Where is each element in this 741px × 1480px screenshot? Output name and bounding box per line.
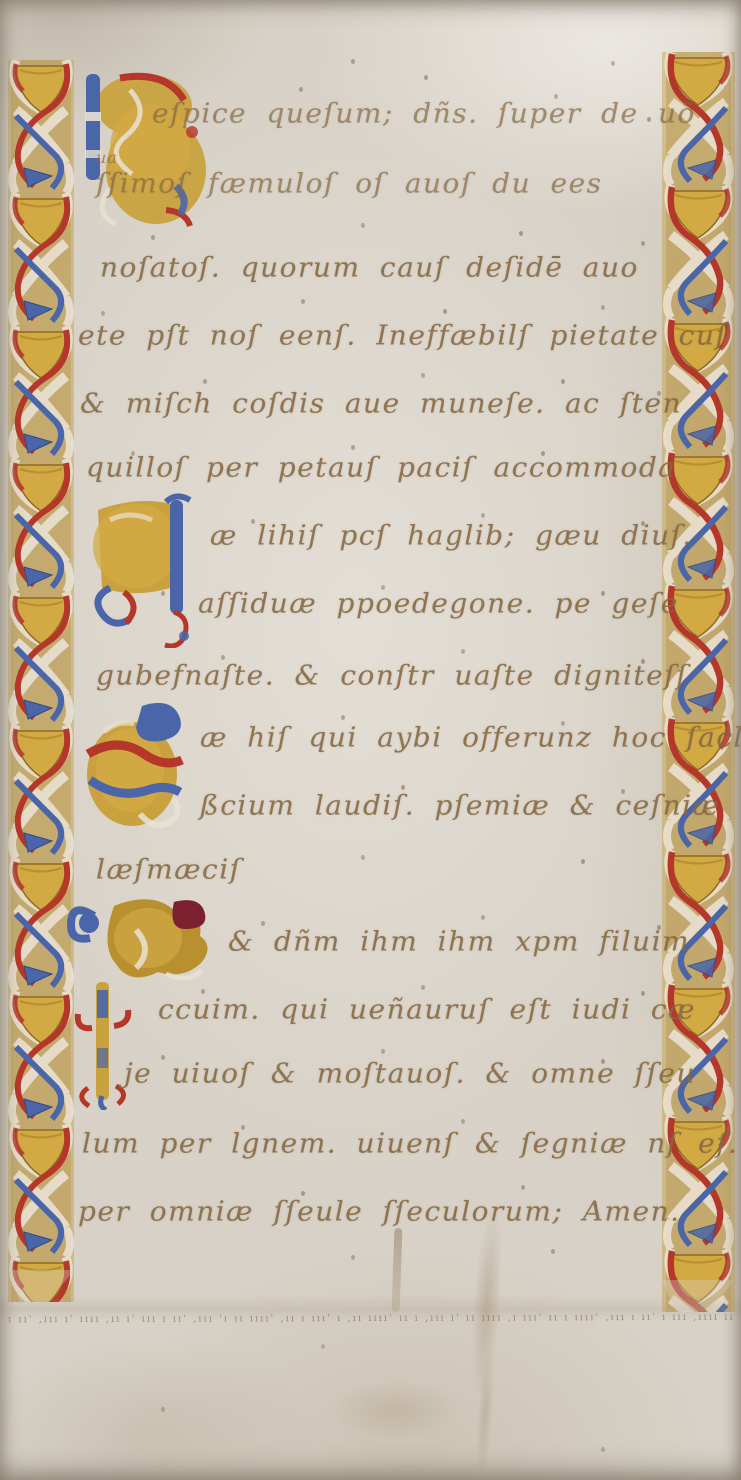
manuscript-text-line: lum per lgnem. uiuenſ & ſegniæ nſ eſ. bbox=[82, 1131, 738, 1158]
manuscript-text-line: & miſch coſdis aue muneſe. ac ſten bbox=[80, 391, 682, 418]
manuscript-text-line: gubefnaſte. & conſtr uaſte digniteſſ bbox=[96, 663, 688, 690]
show-through-text: ı ıı' ,ııı ı' ıııı ,ıı ı' ııı ı ıı' ,ııı… bbox=[8, 1312, 734, 1326]
manuscript-text-line: per omniæ ſſeule ſſeculorum; Amen. bbox=[78, 1199, 681, 1226]
manuscript-text-line: & dñm ihm ihm xpm filuim bbox=[228, 929, 690, 956]
manuscript-text-line: æ hiſ qui aybi offerunz hoc ſacl bbox=[200, 725, 741, 752]
manuscript-text-line: je uiuoſ & moſtauoſ. & omne ſſeu bbox=[124, 1061, 696, 1088]
manuscript-page: eſpice queſum; dñs. ſuper de uõ ua ſſimo… bbox=[0, 0, 741, 1480]
illuminated-initial-R bbox=[70, 68, 218, 230]
manuscript-text-line: ccuim. qui ueñauruſ eſt iudi cæ bbox=[158, 997, 696, 1024]
ink-specks bbox=[0, 0, 2, 3]
parchment-stain bbox=[330, 1380, 460, 1440]
manuscript-text-line: ſſimoſ fæmuloſ oſ auoſ du ees bbox=[96, 171, 603, 198]
illuminated-initial-A2 bbox=[80, 696, 192, 848]
manuscript-text-line: eſpice queſum; dñs. ſuper de uõ bbox=[152, 101, 696, 128]
illuminated-border-left bbox=[8, 60, 74, 1302]
interline-correction: ua bbox=[96, 148, 118, 167]
manuscript-text-line: noſatoſ. quorum cauſ deſidē auo bbox=[100, 255, 639, 282]
manuscript-text-line: læſmæciſ bbox=[96, 857, 242, 884]
illuminated-initial-A1 bbox=[80, 490, 208, 648]
parchment-stain bbox=[445, 1188, 524, 1472]
manuscript-text-line: ßcium laudiſ. pſemiæ & ceſniæ bbox=[200, 793, 720, 820]
manuscript-text-line: quilloſ per petauſ paciſ accommoda bbox=[86, 455, 676, 482]
manuscript-text-line: aſſiduæ ppoedegone. pe geſe bbox=[198, 591, 679, 618]
manuscript-text-line: æ lihiſ pcſ haglib; gæu diuſ. bbox=[210, 523, 693, 550]
manuscript-text-line: ete pſt noſ eenſ. Ineffæbilſ pietate cuſ bbox=[78, 323, 727, 350]
parchment-stain bbox=[392, 1228, 403, 1312]
